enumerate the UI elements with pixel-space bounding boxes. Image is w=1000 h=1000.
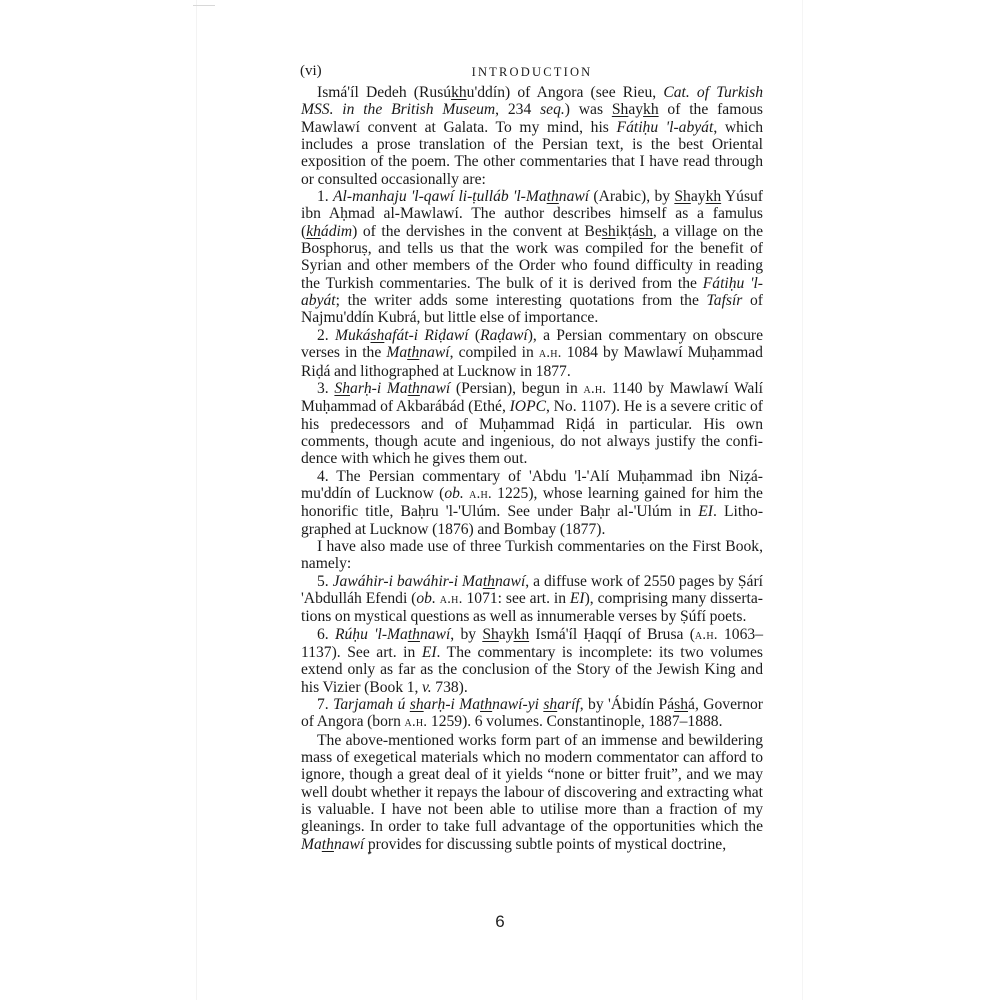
body-text: Ismá'íl Dedeh (Rusúkhu'ddín) of Angora (…: [301, 84, 763, 853]
paragraph-p9: The above-mentioned works form part of a…: [301, 732, 763, 853]
page-number: 6: [0, 912, 1000, 932]
paragraph-p6: 5. Jawáhir-i bawáhir-i Mathnawí, a diffu…: [301, 573, 763, 626]
page-edge-right: [802, 0, 803, 1000]
page-header: (vi) INTRODUCTION: [300, 63, 764, 83]
paragraph-p8: 7. Tarjamah ú sharḥ-i Mathnawí-yi sharíf…: [301, 696, 763, 732]
paragraph-p4: 4. The Persian commentary of 'Abdu 'l-'A…: [301, 468, 763, 538]
paragraph-p5: I have also made use of three Turkish co…: [301, 538, 763, 573]
running-title: INTRODUCTION: [300, 65, 764, 80]
paragraph-p1: 1. Al-manhaju 'l-qawí li-ṭulláb 'l-Mathn…: [301, 188, 763, 327]
page-edge-left: [196, 0, 197, 1000]
paragraph-p0: Ismá'íl Dedeh (Rusúkhu'ddín) of Angora (…: [301, 84, 763, 188]
paragraph-p2: 2. Mukáshafát-i Riḍawí (Raḍawí), a Persi…: [301, 327, 763, 380]
scan-artifact: [193, 1, 215, 6]
paragraph-p3: 3. Sharḥ-i Mathnawí (Persian), begun in …: [301, 380, 763, 468]
paragraph-p7: 6. Rúḥu 'l-Mathnawí, by Shaykh Ismá'íl Ḥ…: [301, 626, 763, 696]
